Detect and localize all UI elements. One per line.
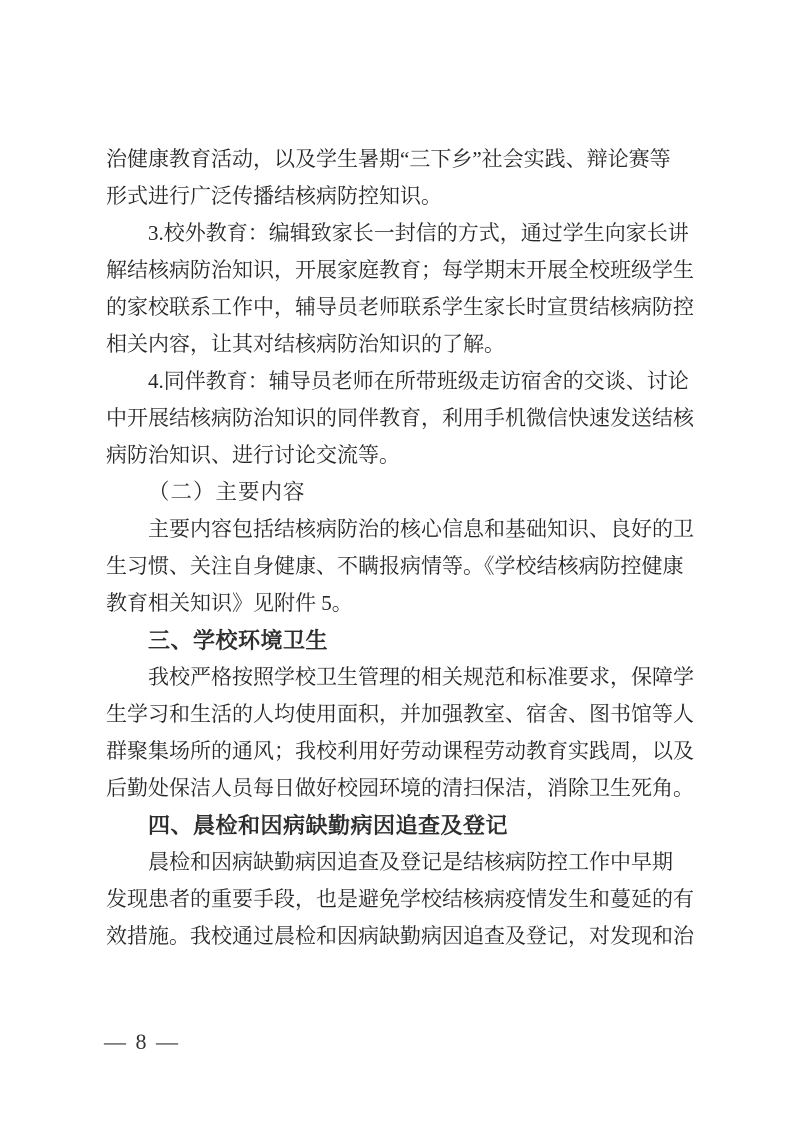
body-line: 中开展结核病防治知识的同伴教育，利用手机微信快速发送结核 (106, 400, 696, 437)
body-line: 群聚集场所的通风；我校利用好劳动课程劳动教育实践周，以及 (106, 733, 696, 770)
document-body: 治健康教育活动，以及学生暑期“三下乡”社会实践、辩论赛等 形式进行广泛传播结核病… (106, 141, 696, 955)
document-page: 治健康教育活动，以及学生暑期“三下乡”社会实践、辩论赛等 形式进行广泛传播结核病… (0, 0, 793, 1122)
body-line: 病防治知识、进行讨论交流等。 (106, 437, 696, 474)
body-line: 形式进行广泛传播结核病防控知识。 (106, 178, 696, 215)
subsection-heading: （二）主要内容 (106, 474, 696, 511)
page-number: — 8 — (104, 1029, 180, 1055)
section-heading-school-environment: 三、学校环境卫生 (106, 622, 696, 659)
body-line: 治健康教育活动，以及学生暑期“三下乡”社会实践、辩论赛等 (106, 141, 696, 178)
body-line: 后勤处保洁人员每日做好校园环境的清扫保洁，消除卫生死角。 (106, 770, 696, 807)
body-line: 相关内容，让其对结核病防治知识的了解。 (106, 326, 696, 363)
paragraph-start-line: 晨检和因病缺勤病因追查及登记是结核病防控工作中早期 (106, 844, 696, 881)
body-line: 生学习和生活的人均使用面积，并加强教室、宿舍、图书馆等人 (106, 696, 696, 733)
body-line: 教育相关知识》见附件 5。 (106, 585, 696, 622)
section-heading-morning-check: 四、晨检和因病缺勤病因追查及登记 (106, 807, 696, 844)
body-line: 解结核病防治知识，开展家庭教育；每学期末开展全校班级学生 (106, 252, 696, 289)
paragraph-start-line: 主要内容包括结核病防治的核心信息和基础知识、良好的卫 (106, 511, 696, 548)
body-line: 生习惯、关注自身健康、不瞒报病情等。《学校结核病防控健康 (106, 548, 696, 585)
body-line: 的家校联系工作中，辅导员老师联系学生家长时宣贯结核病防控 (106, 289, 696, 326)
body-line: 效措施。我校通过晨检和因病缺勤病因追查及登记，对发现和治 (106, 918, 696, 955)
paragraph-start-line: 4.同伴教育：辅导员老师在所带班级走访宿舍的交谈、讨论 (106, 363, 696, 400)
paragraph-start-line: 我校严格按照学校卫生管理的相关规范和标准要求，保障学 (106, 659, 696, 696)
paragraph-start-line: 3.校外教育：编辑致家长一封信的方式，通过学生向家长讲 (106, 215, 696, 252)
body-line: 发现患者的重要手段，也是避免学校结核病疫情发生和蔓延的有 (106, 881, 696, 918)
